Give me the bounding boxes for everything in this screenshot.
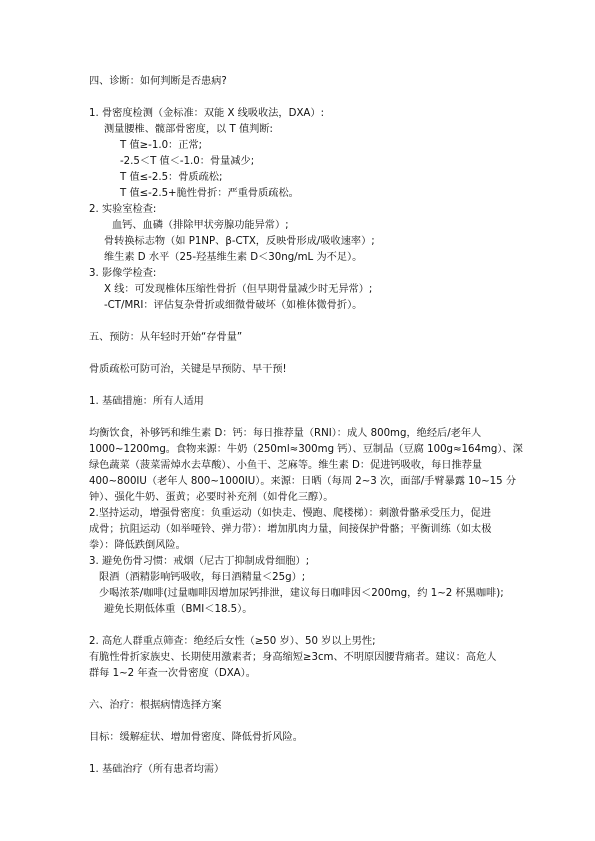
prevention-intro: 骨质疏松可防可治，关键是早预防、早干预!	[89, 362, 287, 378]
diet-paragraph-line: 400~800IU（老年人 800~1000IU）。来源：日晒（每周 2~3 次…	[89, 474, 516, 490]
treatment-item-1-title: 1. 基础治疗（所有患者均需）	[89, 762, 224, 778]
section-6-heading: 六、治疗：根据病情选择方案	[89, 698, 221, 714]
treatment-goal: 目标：缓解症状、增加骨密度、降低骨折风险。	[89, 730, 303, 746]
t-score-osteopenia: -2.5＜T 值＜-1.0：骨量减少;	[120, 154, 254, 170]
t-score-normal: T 值≥-1.0：正常;	[120, 138, 202, 154]
habits-line: 少喝浓茶/咖啡(过量咖啡因增加尿钙排泄，建议每日咖啡因＜200mg，约 1~2 …	[99, 586, 504, 602]
section-5-heading: 五、预防：从年轻时开始“存骨量”	[89, 330, 242, 346]
imaging-line: -CT/MRI：评估复杂骨折或细微骨破坏（如椎体微骨折）。	[104, 298, 362, 314]
diet-paragraph-line: 1000~1200mg。食物来源：牛奶（250ml≈300mg 钙）、豆制品（豆…	[89, 442, 523, 458]
screening-line: 2. 高危人群重点筛查：绝经后女性（≥50 岁）、50 岁以上男性;	[89, 634, 376, 650]
screening-line: 群每 1~2 年查一次骨密度（DXA）。	[89, 666, 256, 682]
diet-paragraph-line: 钟）、强化牛奶、蛋黄；必要时补充剂（如骨化三醇）。	[89, 490, 334, 506]
exercise-paragraph-line: 拳）：降低跌倒风险。	[89, 538, 186, 554]
screening-line: 有脆性骨折家族史、长期使用激素者；身高缩短≥3cm、不明原因腰背痛者。建议：高危…	[89, 650, 496, 666]
diagnosis-item-2-title: 2. 实验室检查:	[89, 202, 156, 218]
habits-line: 避免长期低体重（BMI＜18.5）。	[104, 602, 252, 618]
habits-title: 3. 避免伤骨习惯：戒烟（尼古丁抑制成骨细胞）;	[89, 554, 309, 570]
lab-test-line: 血钙、血磷（排除甲状旁腺功能异常）;	[112, 218, 289, 234]
habits-line: 限酒（酒精影响钙吸收，每日酒精量＜25g）;	[99, 570, 305, 586]
section-4-heading: 四、诊断：如何判断是否患病?	[89, 74, 227, 90]
diagnosis-item-3-title: 3. 影像学检查:	[89, 266, 156, 282]
document-page: 四、诊断：如何判断是否患病? 1. 骨密度检测（金标准：双能 X 线吸收法，DX…	[0, 0, 595, 841]
lab-test-line: 维生素 D 水平（25-羟基维生素 D＜30ng/mL 为不足）。	[104, 250, 362, 266]
exercise-paragraph-line: 2.坚持运动，增强骨密度：负重运动（如快走、慢跑、爬楼梯）：刺激骨骼承受压力，促…	[89, 506, 491, 522]
exercise-paragraph-line: 成骨；抗阻运动（如举哑铃、弹力带）：增加肌肉力量，间接保护骨骼；平衡训练（如太极	[89, 522, 491, 538]
diagnosis-item-1-title: 1. 骨密度检测（金标准：双能 X 线吸收法，DXA）:	[89, 106, 324, 122]
prevention-item-1-title: 1. 基础措施：所有人适用	[89, 394, 204, 410]
diet-paragraph-line: 绿色蔬菜（菠菜需焯水去草酸）、小鱼干、芝麻等。维生素 D：促进钙吸收，每日推荐量	[89, 458, 482, 474]
lab-test-line: 骨转换标志物（如 P1NP、β-CTX，反映骨形成/吸收速率）;	[104, 234, 375, 250]
diagnosis-item-1-desc: 测量腰椎、髋部骨密度，以 T 值判断:	[104, 122, 273, 138]
t-score-severe: T 值≤-2.5+脆性骨折：严重骨质疏松。	[120, 186, 299, 202]
diet-paragraph-line: 均衡饮食，补够钙和维生素 D：钙：每日推荐量（RNI）：成人 800mg，绝经后…	[89, 426, 481, 442]
t-score-osteoporosis: T 值≤-2.5：骨质疏松;	[120, 170, 222, 186]
imaging-line: X 线：可发现椎体压缩性骨折（但早期骨量减少时无异常）;	[104, 282, 372, 298]
